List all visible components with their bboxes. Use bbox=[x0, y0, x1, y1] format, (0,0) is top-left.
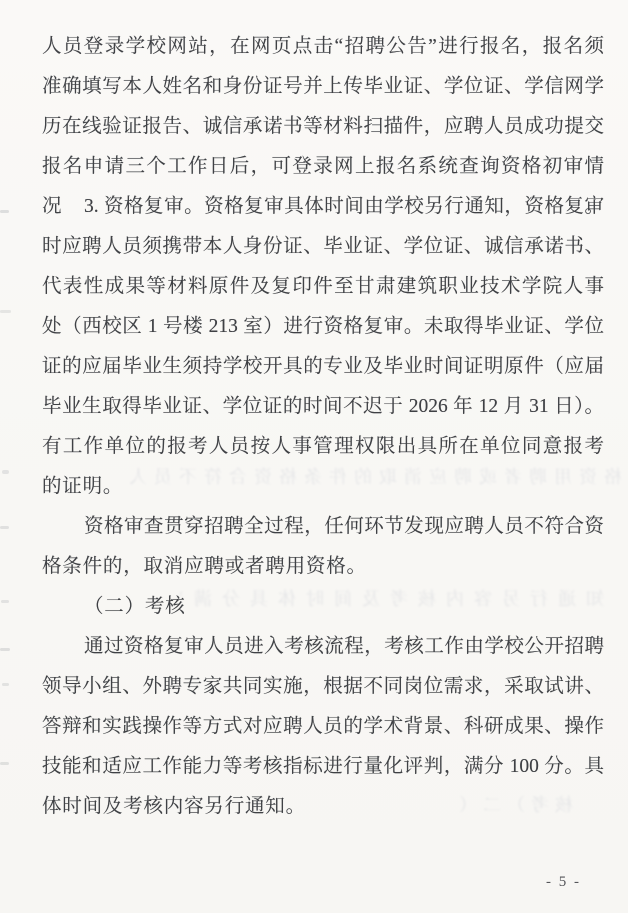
text-line: 代表性成果等材料原件及复印件至甘肃建筑职业技术学院人事 bbox=[42, 267, 604, 307]
text-line: 时应聘人员须携带本人身份证、毕业证、学位证、诚信承诺书、 bbox=[42, 227, 604, 267]
scanned-page: 格资用聘者或聘应消取的件条格资合符不员人聘应 知通行另容内核考及间时体具分满判评… bbox=[0, 0, 628, 913]
text-line: 证的应届毕业生须持学校开具的专业及毕业时间证明原件（应届 bbox=[42, 347, 604, 387]
document-body: 人员登录学校网站，在网页点击“招聘公告”进行报名，报名须 准确填写本人姓名和身份… bbox=[42, 27, 604, 827]
text-line: 有工作单位的报考人员按人事管理权限出具所在单位同意报考 bbox=[42, 427, 604, 467]
text-line: 答辩和实践操作等方式对应聘人员的学术背景、科研成果、操作 bbox=[42, 707, 604, 747]
text-line: 通过资格复审人员进入考核流程，考核工作由学校公开招聘 bbox=[42, 627, 604, 667]
scan-noise-speck bbox=[0, 648, 10, 651]
scan-noise-speck bbox=[0, 762, 9, 765]
text-line: 报名申请三个工作日后，可登录网上报名系统查询资格初审情况。 bbox=[42, 147, 604, 187]
scan-noise-speck bbox=[2, 470, 9, 474]
scan-noise-speck bbox=[0, 210, 9, 213]
text-line: 的证明。 bbox=[42, 467, 604, 507]
text-line: 处（西校区 1 号楼 213 室）进行资格复审。未取得毕业证、学位 bbox=[42, 307, 604, 347]
text-line: 历在线验证报告、诚信承诺书等材料扫描件，应聘人员成功提交 bbox=[42, 107, 604, 147]
text-line: 体时间及考核内容另行通知。 bbox=[42, 787, 604, 827]
text-line: 毕业生取得毕业证、学位证的时间不迟于 2026 年 12 月 31 日）。 bbox=[42, 387, 604, 427]
scan-noise-speck bbox=[0, 310, 11, 313]
scan-noise-speck bbox=[1, 600, 9, 603]
scan-noise-speck bbox=[2, 683, 9, 686]
scan-noise-speck bbox=[0, 526, 9, 529]
section-heading: （二）考核 bbox=[42, 587, 604, 627]
text-line: 技能和适应工作能力等考核指标进行量化评判，满分 100 分。具 bbox=[42, 747, 604, 787]
text-line: 资格审查贯穿招聘全过程，任何环节发现应聘人员不符合资 bbox=[42, 507, 604, 547]
text-line: 准确填写本人姓名和身份证号并上传毕业证、学位证、学信网学 bbox=[42, 67, 604, 107]
page-number: - 5 - bbox=[546, 870, 581, 894]
text-line: 人员登录学校网站，在网页点击“招聘公告”进行报名，报名须 bbox=[42, 27, 604, 67]
text-line: 领导小组、外聘专家共同实施，根据不同岗位需求，采取试讲、 bbox=[42, 667, 604, 707]
text-line: 3. 资格复审。资格复审具体时间由学校另行通知，资格复审 bbox=[42, 187, 604, 227]
text-line: 格条件的，取消应聘或者聘用资格。 bbox=[42, 547, 604, 587]
